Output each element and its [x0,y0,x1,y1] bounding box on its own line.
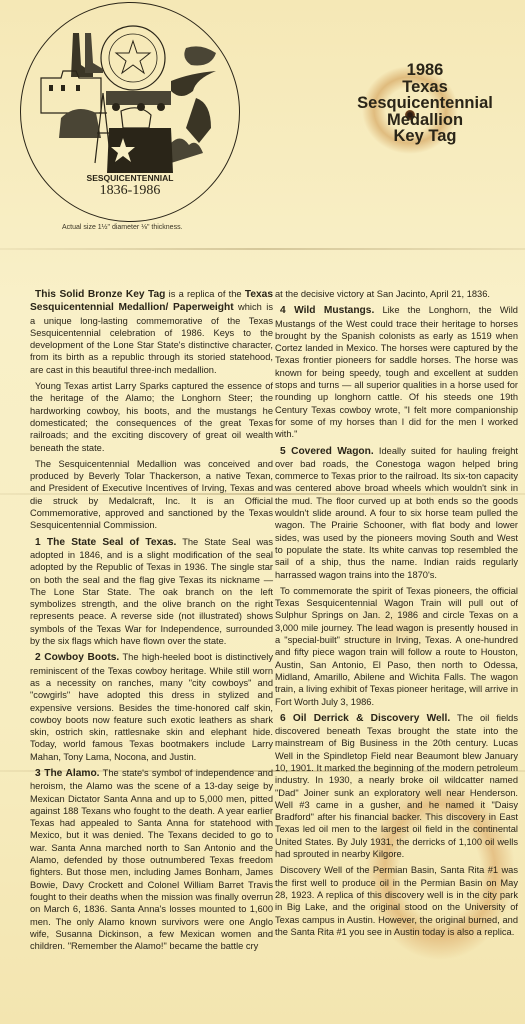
artist-paragraph: Young Texas artist Larry Sparks captured… [30,380,273,454]
section-heading: 2 Cowboy Boots. [35,652,119,663]
section-state-seal: 1 The State Seal of Texas. The State Sea… [30,536,273,648]
svg-text:SESQUICENTENNIAL: SESQUICENTENNIAL [87,173,174,183]
right-column: at the decisive victory at San Jacinto, … [275,288,518,942]
title-line: Texas [330,79,520,96]
title-line: Key Tag [330,128,520,145]
alamo-continued: at the decisive victory at San Jacinto, … [275,288,518,300]
section-text: The state's symbol of independence and h… [30,768,273,951]
paper-fold-line [0,248,525,250]
medallion-illustration: SESQUICENTENNIAL 1836-1986 [20,2,240,222]
producer-paragraph: The Sesquicentennial Medallion was conce… [30,458,273,532]
section-wild-mustangs: 4 Wild Mustangs. Like the Longhorn, the … [275,304,518,440]
section-oil-derrick: 6 Oil Derrick & Discovery Well. The oil … [275,712,518,861]
title-year: 1986 [330,62,520,79]
section-covered-wagon: 5 Covered Wagon. Ideally suited for haul… [275,445,518,581]
size-caption: Actual size 1½" diameter ⅛" thickness. [62,224,183,231]
intro-text: is a replica of the [165,289,244,299]
medallion-years: 1836-1986 [21,183,239,199]
section-heading: 4 Wild Mustangs. [280,305,374,316]
left-column: This Solid Bronze Key Tag is a replica o… [30,288,273,956]
section-cowboy-boots: 2 Cowboy Boots. The high-heeled boot is … [30,651,273,763]
santa-rita-paragraph: Discovery Well of the Permian Basin, San… [275,864,518,938]
section-text: Like the Longhorn, the Wild Mustangs of … [275,305,518,439]
wagon-train-paragraph: To commemorate the spirit of Texas pione… [275,585,518,708]
intro-bold: This Solid Bronze Key Tag [35,289,165,300]
section-text: Ideally suited for hauling freight over … [275,446,518,580]
section-heading: 1 The State Seal of Texas. [35,537,176,548]
title-line: Sesquicentennial [330,95,520,112]
section-heading: 5 Covered Wagon. [280,446,374,457]
section-text: The oil fields discovered beneath Texas … [275,713,518,859]
section-text: The high-heeled boot is distinctively re… [30,652,273,761]
title-line: Medallion [330,112,520,129]
section-alamo: 3 The Alamo. The state's symbol of indep… [30,767,273,952]
page-title: 1986 Texas Sesquicentennial Medallion Ke… [330,62,520,145]
section-heading: 3 The Alamo. [35,768,100,779]
section-heading: 6 Oil Derrick & Discovery Well. [280,713,450,724]
intro-paragraph: This Solid Bronze Key Tag is a replica o… [30,288,273,376]
section-text: The State Seal was adopted in 1846, and … [30,537,273,646]
